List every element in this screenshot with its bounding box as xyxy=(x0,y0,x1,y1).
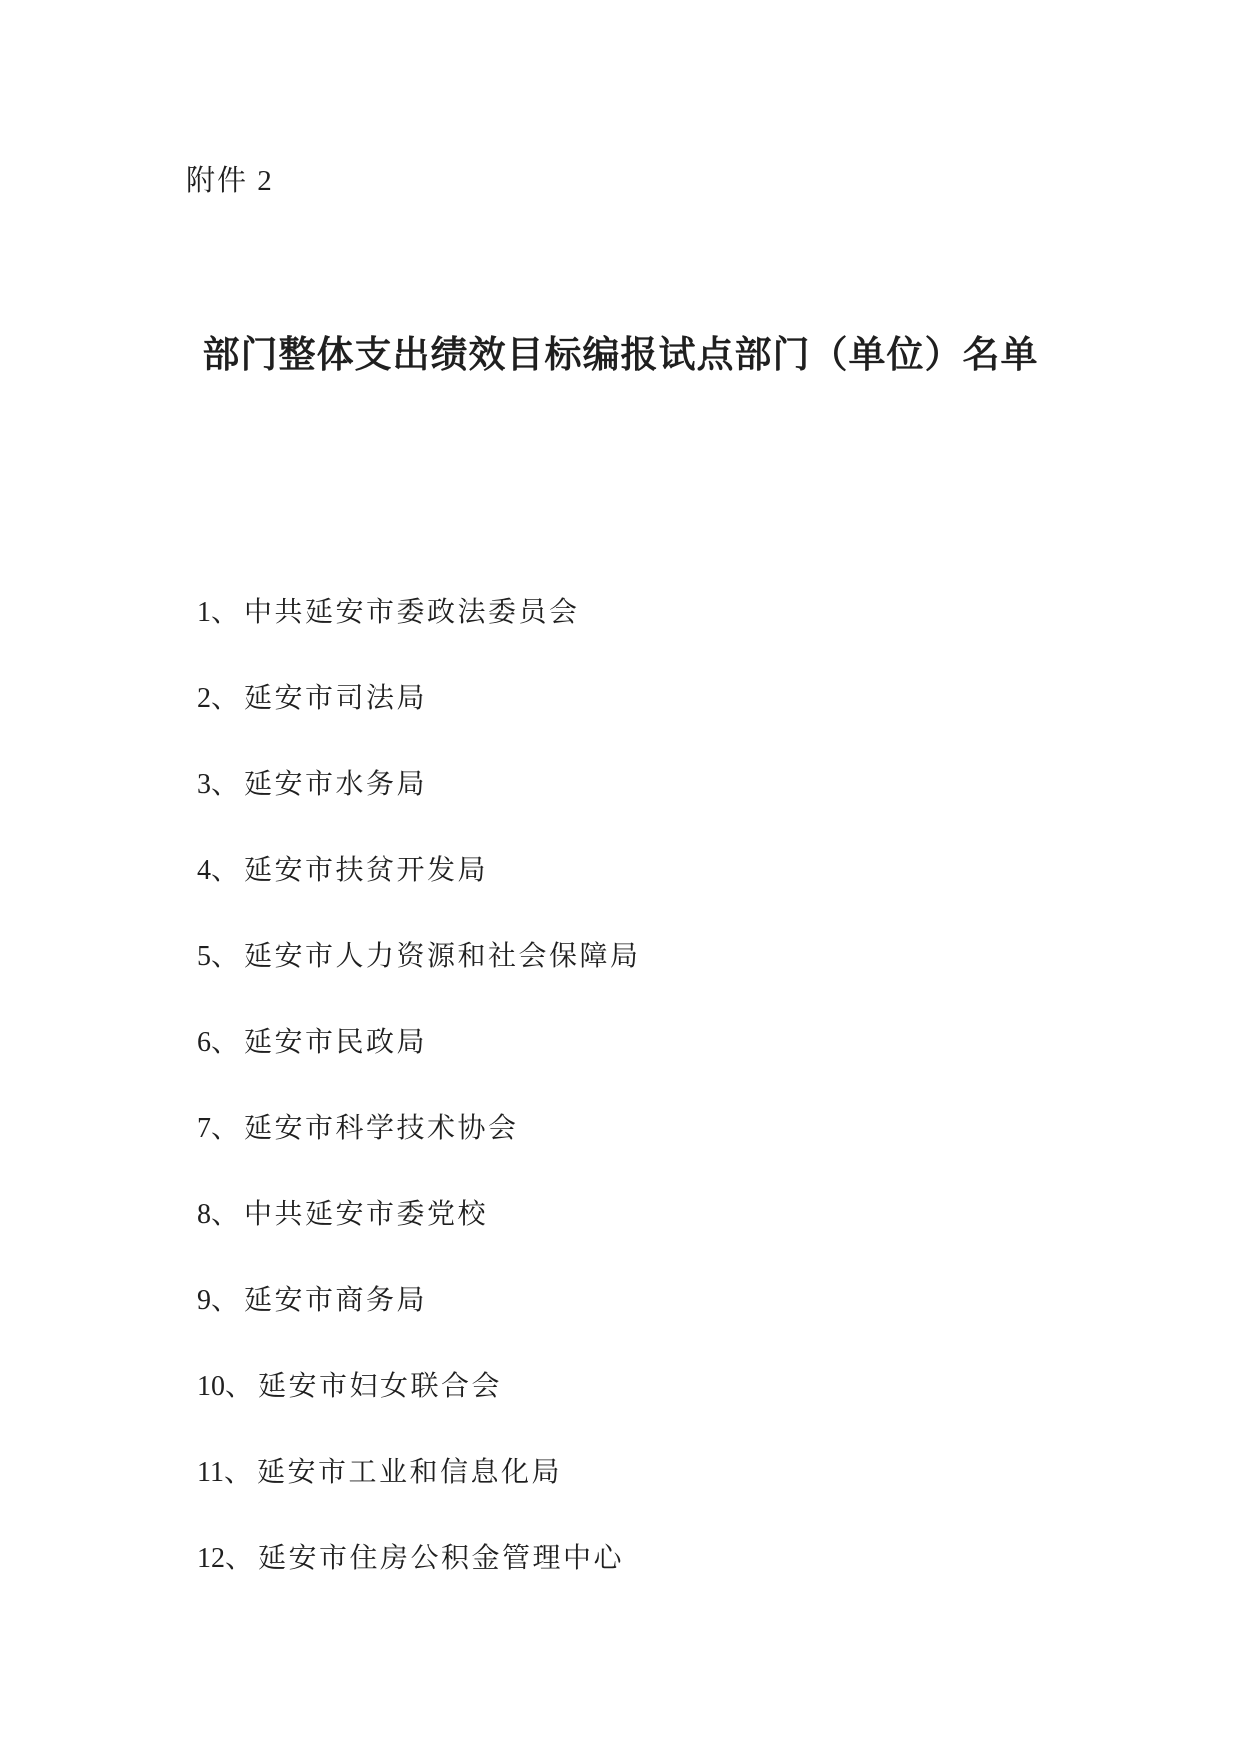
list-item-name: 延安市扶贫开发局 xyxy=(244,848,488,888)
list-item: 3、延安市水务局 xyxy=(197,739,1161,825)
list-item-number: 5、 xyxy=(197,934,239,974)
list-item-number: 4、 xyxy=(197,848,239,888)
list-item-number: 9、 xyxy=(197,1278,239,1318)
list-item-name: 延安市妇女联合会 xyxy=(258,1364,502,1404)
list-item-name: 延安市水务局 xyxy=(244,762,427,802)
list-item: 6、延安市民政局 xyxy=(197,997,1161,1083)
list-item-name: 延安市住房公积金管理中心 xyxy=(258,1536,624,1576)
document-page: 附件 2 部门整体支出绩效目标编报试点部门（单位）名单 1、中共延安市委政法委员… xyxy=(0,0,1241,1754)
list-item-name: 延安市司法局 xyxy=(244,676,427,716)
list-item: 9、延安市商务局 xyxy=(197,1255,1161,1341)
list-item: 2、延安市司法局 xyxy=(197,653,1161,739)
list-item-name: 延安市科学技术协会 xyxy=(244,1106,519,1146)
list-item-number: 10、 xyxy=(197,1364,253,1404)
list-item-number: 8、 xyxy=(197,1192,239,1232)
list-item-name: 延安市民政局 xyxy=(244,1020,427,1060)
list-item: 7、延安市科学技术协会 xyxy=(197,1083,1161,1169)
list-item-name: 延安市人力资源和社会保障局 xyxy=(244,934,641,974)
list-item-number: 1、 xyxy=(197,590,239,630)
list-item: 5、延安市人力资源和社会保障局 xyxy=(197,911,1161,997)
list-item-number: 3、 xyxy=(197,762,239,802)
list-item-number: 11、 xyxy=(197,1450,252,1490)
list-item: 4、延安市扶贫开发局 xyxy=(197,825,1161,911)
list-item-name: 延安市工业和信息化局 xyxy=(257,1450,562,1490)
list-item: 12、延安市住房公积金管理中心 xyxy=(197,1513,1161,1599)
list-item-number: 7、 xyxy=(197,1106,239,1146)
list-item: 11、延安市工业和信息化局 xyxy=(197,1427,1161,1513)
department-list: 1、中共延安市委政法委员会 2、延安市司法局 3、延安市水务局 4、延安市扶贫开… xyxy=(197,567,1161,1599)
list-item-name: 延安市商务局 xyxy=(244,1278,427,1318)
attachment-label: 附件 2 xyxy=(186,158,274,199)
list-item: 1、中共延安市委政法委员会 xyxy=(197,567,1161,653)
list-item-name: 中共延安市委党校 xyxy=(244,1192,488,1232)
list-item-number: 6、 xyxy=(197,1020,239,1060)
list-item: 8、中共延安市委党校 xyxy=(197,1169,1161,1255)
document-title: 部门整体支出绩效目标编报试点部门（单位）名单 xyxy=(0,324,1241,378)
list-item: 10、延安市妇女联合会 xyxy=(197,1341,1161,1427)
list-item-number: 12、 xyxy=(197,1536,253,1576)
list-item-number: 2、 xyxy=(197,676,239,716)
list-item-name: 中共延安市委政法委员会 xyxy=(244,590,580,630)
